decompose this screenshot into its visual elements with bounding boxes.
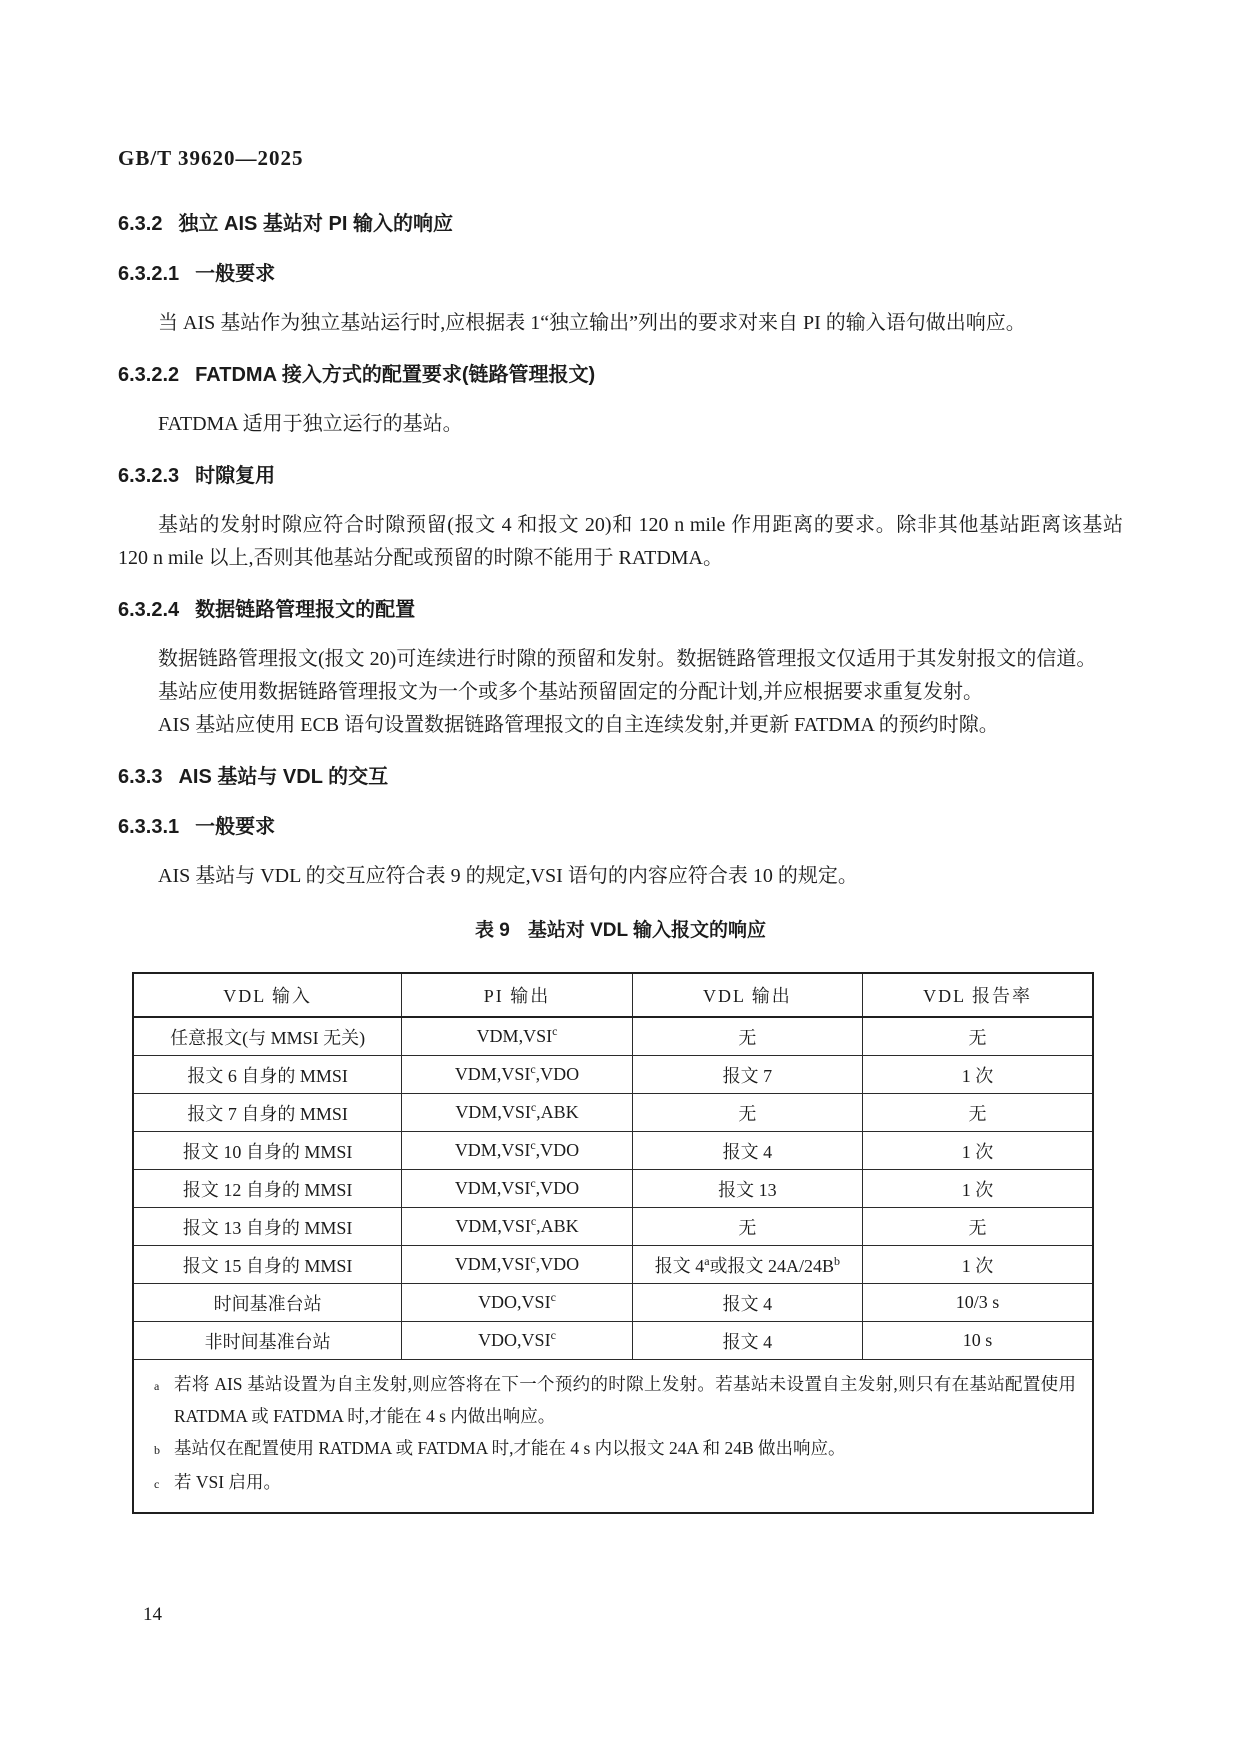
table-cell: 报文 7 <box>632 1056 862 1094</box>
paragraph-6-3-2-2: FATDMA 适用于独立运行的基站。 <box>118 408 1123 441</box>
table-cell: 报文 6 自身的 MMSI <box>133 1056 402 1094</box>
table-cell: 任意报文(与 MMSI 无关) <box>133 1017 402 1056</box>
table-footnote: b基站仅在配置使用 RATDMA 或 FATDMA 时,才能在 4 s 内以报文… <box>154 1432 1076 1466</box>
table-row: 报文 7 自身的 MMSIVDM,VSIc,ABK无无 <box>133 1094 1093 1132</box>
table-cell: VDM,VSIc,VDO <box>402 1170 632 1208</box>
footnote-text: 若将 AIS 基站设置为自主发射,则应答将在下一个预约的时隙上发射。若基站未设置… <box>174 1368 1076 1432</box>
table-caption: 表 9基站对 VDL 输入报文的响应 <box>118 915 1123 942</box>
table-cell: 无 <box>632 1094 862 1132</box>
table-cell: VDM,VSIc,ABK <box>402 1094 632 1132</box>
table-row: 报文 15 自身的 MMSIVDM,VSIc,VDO报文 4a或报文 24A/2… <box>133 1246 1093 1284</box>
section-title: FATDMA 接入方式的配置要求(链路管理报文) <box>195 364 595 386</box>
table-footnote: c若 VSI 启用。 <box>154 1466 1076 1500</box>
footnote-marker: c <box>154 1466 174 1500</box>
section-heading-6-3-2: 6.3.2独立 AIS 基站对 PI 输入的响应 <box>118 209 1123 239</box>
section-heading-6-3-2-3: 6.3.2.3时隙复用 <box>118 461 1123 491</box>
table-cell: 时间基准台站 <box>133 1284 402 1322</box>
paragraph-6-3-2-1: 当 AIS 基站作为独立基站运行时,应根据表 1“独立输出”列出的要求对来自 P… <box>118 307 1123 340</box>
table-cell: 报文 4a或报文 24A/24Bb <box>632 1246 862 1284</box>
standard-code: GB/T 39620—2025 <box>118 146 1123 171</box>
table-cell: 无 <box>632 1017 862 1056</box>
column-header: VDL 输出 <box>632 973 862 1017</box>
table-cell: VDM,VSIc,ABK <box>402 1208 632 1246</box>
paragraph-6-3-2-3: 基站的发射时隙应符合时隙预留(报文 4 和报文 20)和 120 n mile … <box>118 509 1123 575</box>
section-number: 6.3.2.3 <box>118 465 179 487</box>
table-row: 时间基准台站VDO,VSIc报文 410/3 s <box>133 1284 1093 1322</box>
table-header-row: VDL 输入PI 输出VDL 输出VDL 报告率 <box>133 973 1093 1017</box>
section-title: 时隙复用 <box>195 465 275 487</box>
table-cell: 报文 15 自身的 MMSI <box>133 1246 402 1284</box>
table-9-vdl-response: VDL 输入PI 输出VDL 输出VDL 报告率 任意报文(与 MMSI 无关)… <box>132 972 1094 1514</box>
table-cell: VDO,VSIc <box>402 1322 632 1360</box>
section-heading-6-3-2-1: 6.3.2.1一般要求 <box>118 259 1123 289</box>
table-cell: VDM,VSIc <box>402 1017 632 1056</box>
table-row: 报文 13 自身的 MMSIVDM,VSIc,ABK无无 <box>133 1208 1093 1246</box>
table-cell: 无 <box>863 1094 1093 1132</box>
table-cell: 报文 4 <box>632 1132 862 1170</box>
table-cell: 10 s <box>863 1322 1093 1360</box>
paragraph-6-3-2-4-3: AIS 基站应使用 ECB 语句设置数据链路管理报文的自主连续发射,并更新 FA… <box>118 709 1123 742</box>
table-cell: VDM,VSIc,VDO <box>402 1246 632 1284</box>
section-heading-6-3-2-2: 6.3.2.2FATDMA 接入方式的配置要求(链路管理报文) <box>118 360 1123 390</box>
section-title: 独立 AIS 基站对 PI 输入的响应 <box>178 213 452 235</box>
table-cell: 1 次 <box>863 1132 1093 1170</box>
table-cell: 报文 4 <box>632 1322 862 1360</box>
section-title: 一般要求 <box>195 816 275 838</box>
table-cell: 无 <box>632 1208 862 1246</box>
table-cell: 10/3 s <box>863 1284 1093 1322</box>
table-caption-title: 基站对 VDL 输入报文的响应 <box>528 920 766 941</box>
table-cell: 报文 12 自身的 MMSI <box>133 1170 402 1208</box>
paragraph-6-3-3-1: AIS 基站与 VDL 的交互应符合表 9 的规定,VSI 语句的内容应符合表 … <box>118 860 1123 893</box>
section-number: 6.3.3 <box>118 766 162 788</box>
table-cell: 1 次 <box>863 1056 1093 1094</box>
column-header: VDL 输入 <box>133 973 402 1017</box>
table-cell: VDO,VSIc <box>402 1284 632 1322</box>
table-cell: 无 <box>863 1017 1093 1056</box>
section-title: 一般要求 <box>195 263 275 285</box>
paragraph-6-3-2-4-1: 数据链路管理报文(报文 20)可连续进行时隙的预留和发射。数据链路管理报文仅适用… <box>118 643 1123 676</box>
footnote-marker: b <box>154 1432 174 1466</box>
table-cell: 报文 4 <box>632 1284 862 1322</box>
table-cell: VDM,VSIc,VDO <box>402 1132 632 1170</box>
footnote-text: 若 VSI 启用。 <box>174 1466 1076 1500</box>
table-cell: 1 次 <box>863 1170 1093 1208</box>
table-cell: 非时间基准台站 <box>133 1322 402 1360</box>
document-page: GB/T 39620—2025 6.3.2独立 AIS 基站对 PI 输入的响应… <box>0 0 1241 1754</box>
table-caption-label: 表 9 <box>475 920 510 941</box>
section-number: 6.3.2 <box>118 213 162 235</box>
column-header: PI 输出 <box>402 973 632 1017</box>
table-footnotes: a若将 AIS 基站设置为自主发射,则应答将在下一个预约的时隙上发射。若基站未设… <box>133 1360 1093 1514</box>
column-header: VDL 报告率 <box>863 973 1093 1017</box>
table-row: 报文 12 自身的 MMSIVDM,VSIc,VDO报文 131 次 <box>133 1170 1093 1208</box>
section-heading-6-3-2-4: 6.3.2.4数据链路管理报文的配置 <box>118 595 1123 625</box>
table-cell: 无 <box>863 1208 1093 1246</box>
table-row: 任意报文(与 MMSI 无关)VDM,VSIc无无 <box>133 1017 1093 1056</box>
section-number: 6.3.2.2 <box>118 364 179 386</box>
section-number: 6.3.2.4 <box>118 599 179 621</box>
table-footnote: a若将 AIS 基站设置为自主发射,则应答将在下一个预约的时隙上发射。若基站未设… <box>154 1368 1076 1432</box>
table-cell: 报文 13 自身的 MMSI <box>133 1208 402 1246</box>
section-heading-6-3-3: 6.3.3AIS 基站与 VDL 的交互 <box>118 762 1123 792</box>
table-cell: 报文 10 自身的 MMSI <box>133 1132 402 1170</box>
table-cell: 报文 13 <box>632 1170 862 1208</box>
table-row: 报文 10 自身的 MMSIVDM,VSIc,VDO报文 41 次 <box>133 1132 1093 1170</box>
section-title: 数据链路管理报文的配置 <box>195 599 415 621</box>
section-number: 6.3.2.1 <box>118 263 179 285</box>
table-cell: 1 次 <box>863 1246 1093 1284</box>
section-heading-6-3-3-1: 6.3.3.1一般要求 <box>118 812 1123 842</box>
footnote-text: 基站仅在配置使用 RATDMA 或 FATDMA 时,才能在 4 s 内以报文 … <box>174 1432 1076 1466</box>
paragraph-6-3-2-4-2: 基站应使用数据链路管理报文为一个或多个基站预留固定的分配计划,并应根据要求重复发… <box>118 676 1123 709</box>
footnote-marker: a <box>154 1368 174 1432</box>
table-row: 非时间基准台站VDO,VSIc报文 410 s <box>133 1322 1093 1360</box>
table-cell: VDM,VSIc,VDO <box>402 1056 632 1094</box>
page-number: 14 <box>143 1604 162 1626</box>
section-number: 6.3.3.1 <box>118 816 179 838</box>
table-row: 报文 6 自身的 MMSIVDM,VSIc,VDO报文 71 次 <box>133 1056 1093 1094</box>
table-cell: 报文 7 自身的 MMSI <box>133 1094 402 1132</box>
section-title: AIS 基站与 VDL 的交互 <box>178 766 388 788</box>
